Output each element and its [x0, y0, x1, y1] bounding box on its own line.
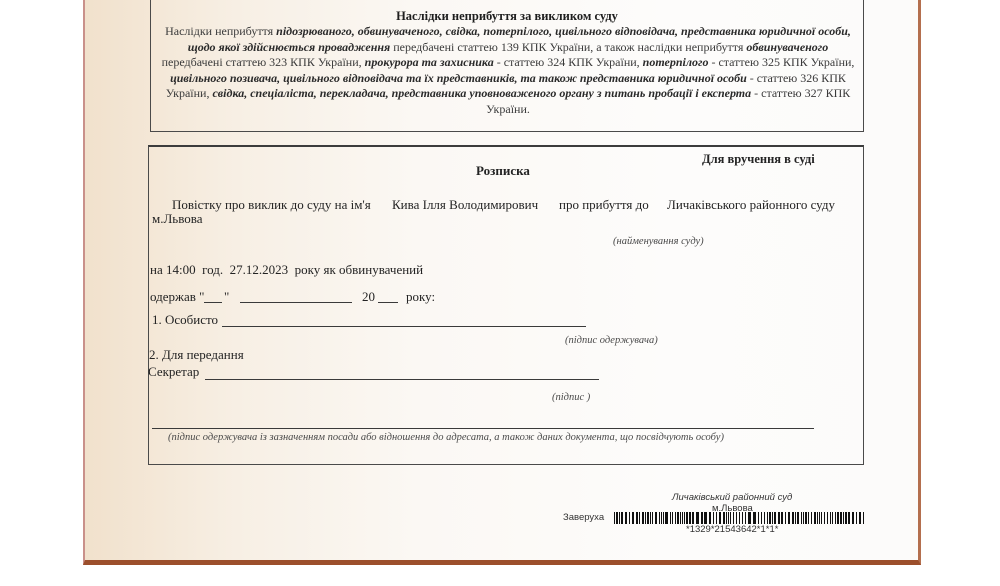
personally-label: 1. Особисто: [152, 312, 218, 328]
notice-segment: цивільного позивача, цивільного відповід…: [170, 71, 747, 85]
court-name: Личаківського районного суду: [667, 197, 835, 213]
barcode: [614, 512, 864, 524]
appearance-time-line: на 14:00 год. 27.12.2023 року як обвинув…: [150, 262, 423, 278]
received-label: одержав ": [150, 289, 204, 305]
notice-segment: - статтею 325 КПК України,: [708, 55, 854, 69]
time-prefix: на: [150, 262, 163, 277]
stamp-court-name: Личаківський районний суд: [672, 492, 792, 503]
notice-segment: обвинуваченого: [746, 40, 828, 54]
receipt-title: Розписка: [476, 163, 530, 179]
year-suffix: року:: [406, 289, 435, 305]
notice-segment: Наслідки неприбуття: [165, 24, 276, 38]
notice-title: Наслідки неприбуття за викликом суду: [150, 9, 864, 24]
delivery-note: Для вручення в суді: [702, 152, 815, 167]
notice-segment: - статтею 324 КПК України,: [494, 55, 643, 69]
recipient-details-caption: (підпис одержувача із зазначенням посади…: [168, 432, 724, 443]
received-year-field[interactable]: [378, 302, 398, 303]
notice-segment: свідка, спеціаліста, перекладача, предст…: [212, 86, 751, 100]
notice-body: Наслідки неприбуття підозрюваного, обвин…: [158, 24, 858, 117]
court-name-caption: (найменування суду): [613, 236, 704, 247]
court-city: м.Львова: [152, 211, 203, 227]
person-name: Кива Ілля Володимирович: [392, 197, 538, 213]
time-suffix: год.: [202, 262, 223, 277]
appearance-date: 27.12.2023: [230, 262, 289, 277]
receipt-box: [148, 145, 864, 465]
recipient-signature-caption: (підпис одержувача): [565, 335, 658, 346]
recipient-details-field[interactable]: [152, 428, 814, 429]
notice-segment: потерпілого: [643, 55, 709, 69]
clerk-name: Заверуха: [563, 512, 604, 523]
received-quote-close: ": [224, 289, 229, 305]
arrival-prefix: про прибуття до: [559, 197, 649, 213]
notice-segment: передбачені статтею 323 КПК України,: [162, 55, 365, 69]
barcode-number: *1329*21543642*1*1*: [686, 524, 778, 535]
recipient-signature-field[interactable]: [222, 326, 586, 327]
transfer-label: 2. Для передання: [149, 347, 244, 363]
secretary-label: Секретар: [148, 364, 199, 380]
notice-segment: прокурора та захисника: [365, 55, 494, 69]
secretary-signature-caption: (підпис ): [552, 392, 590, 403]
received-day-field[interactable]: [204, 302, 222, 303]
notice-segment: передбачені статтею 139 КПК України, а т…: [390, 40, 746, 54]
appearance-time: 14:00: [166, 262, 196, 277]
received-month-field[interactable]: [240, 302, 352, 303]
secretary-signature-field[interactable]: [205, 379, 599, 380]
date-suffix: року як обвинувачений: [295, 262, 424, 277]
year-prefix: 20: [362, 289, 375, 305]
